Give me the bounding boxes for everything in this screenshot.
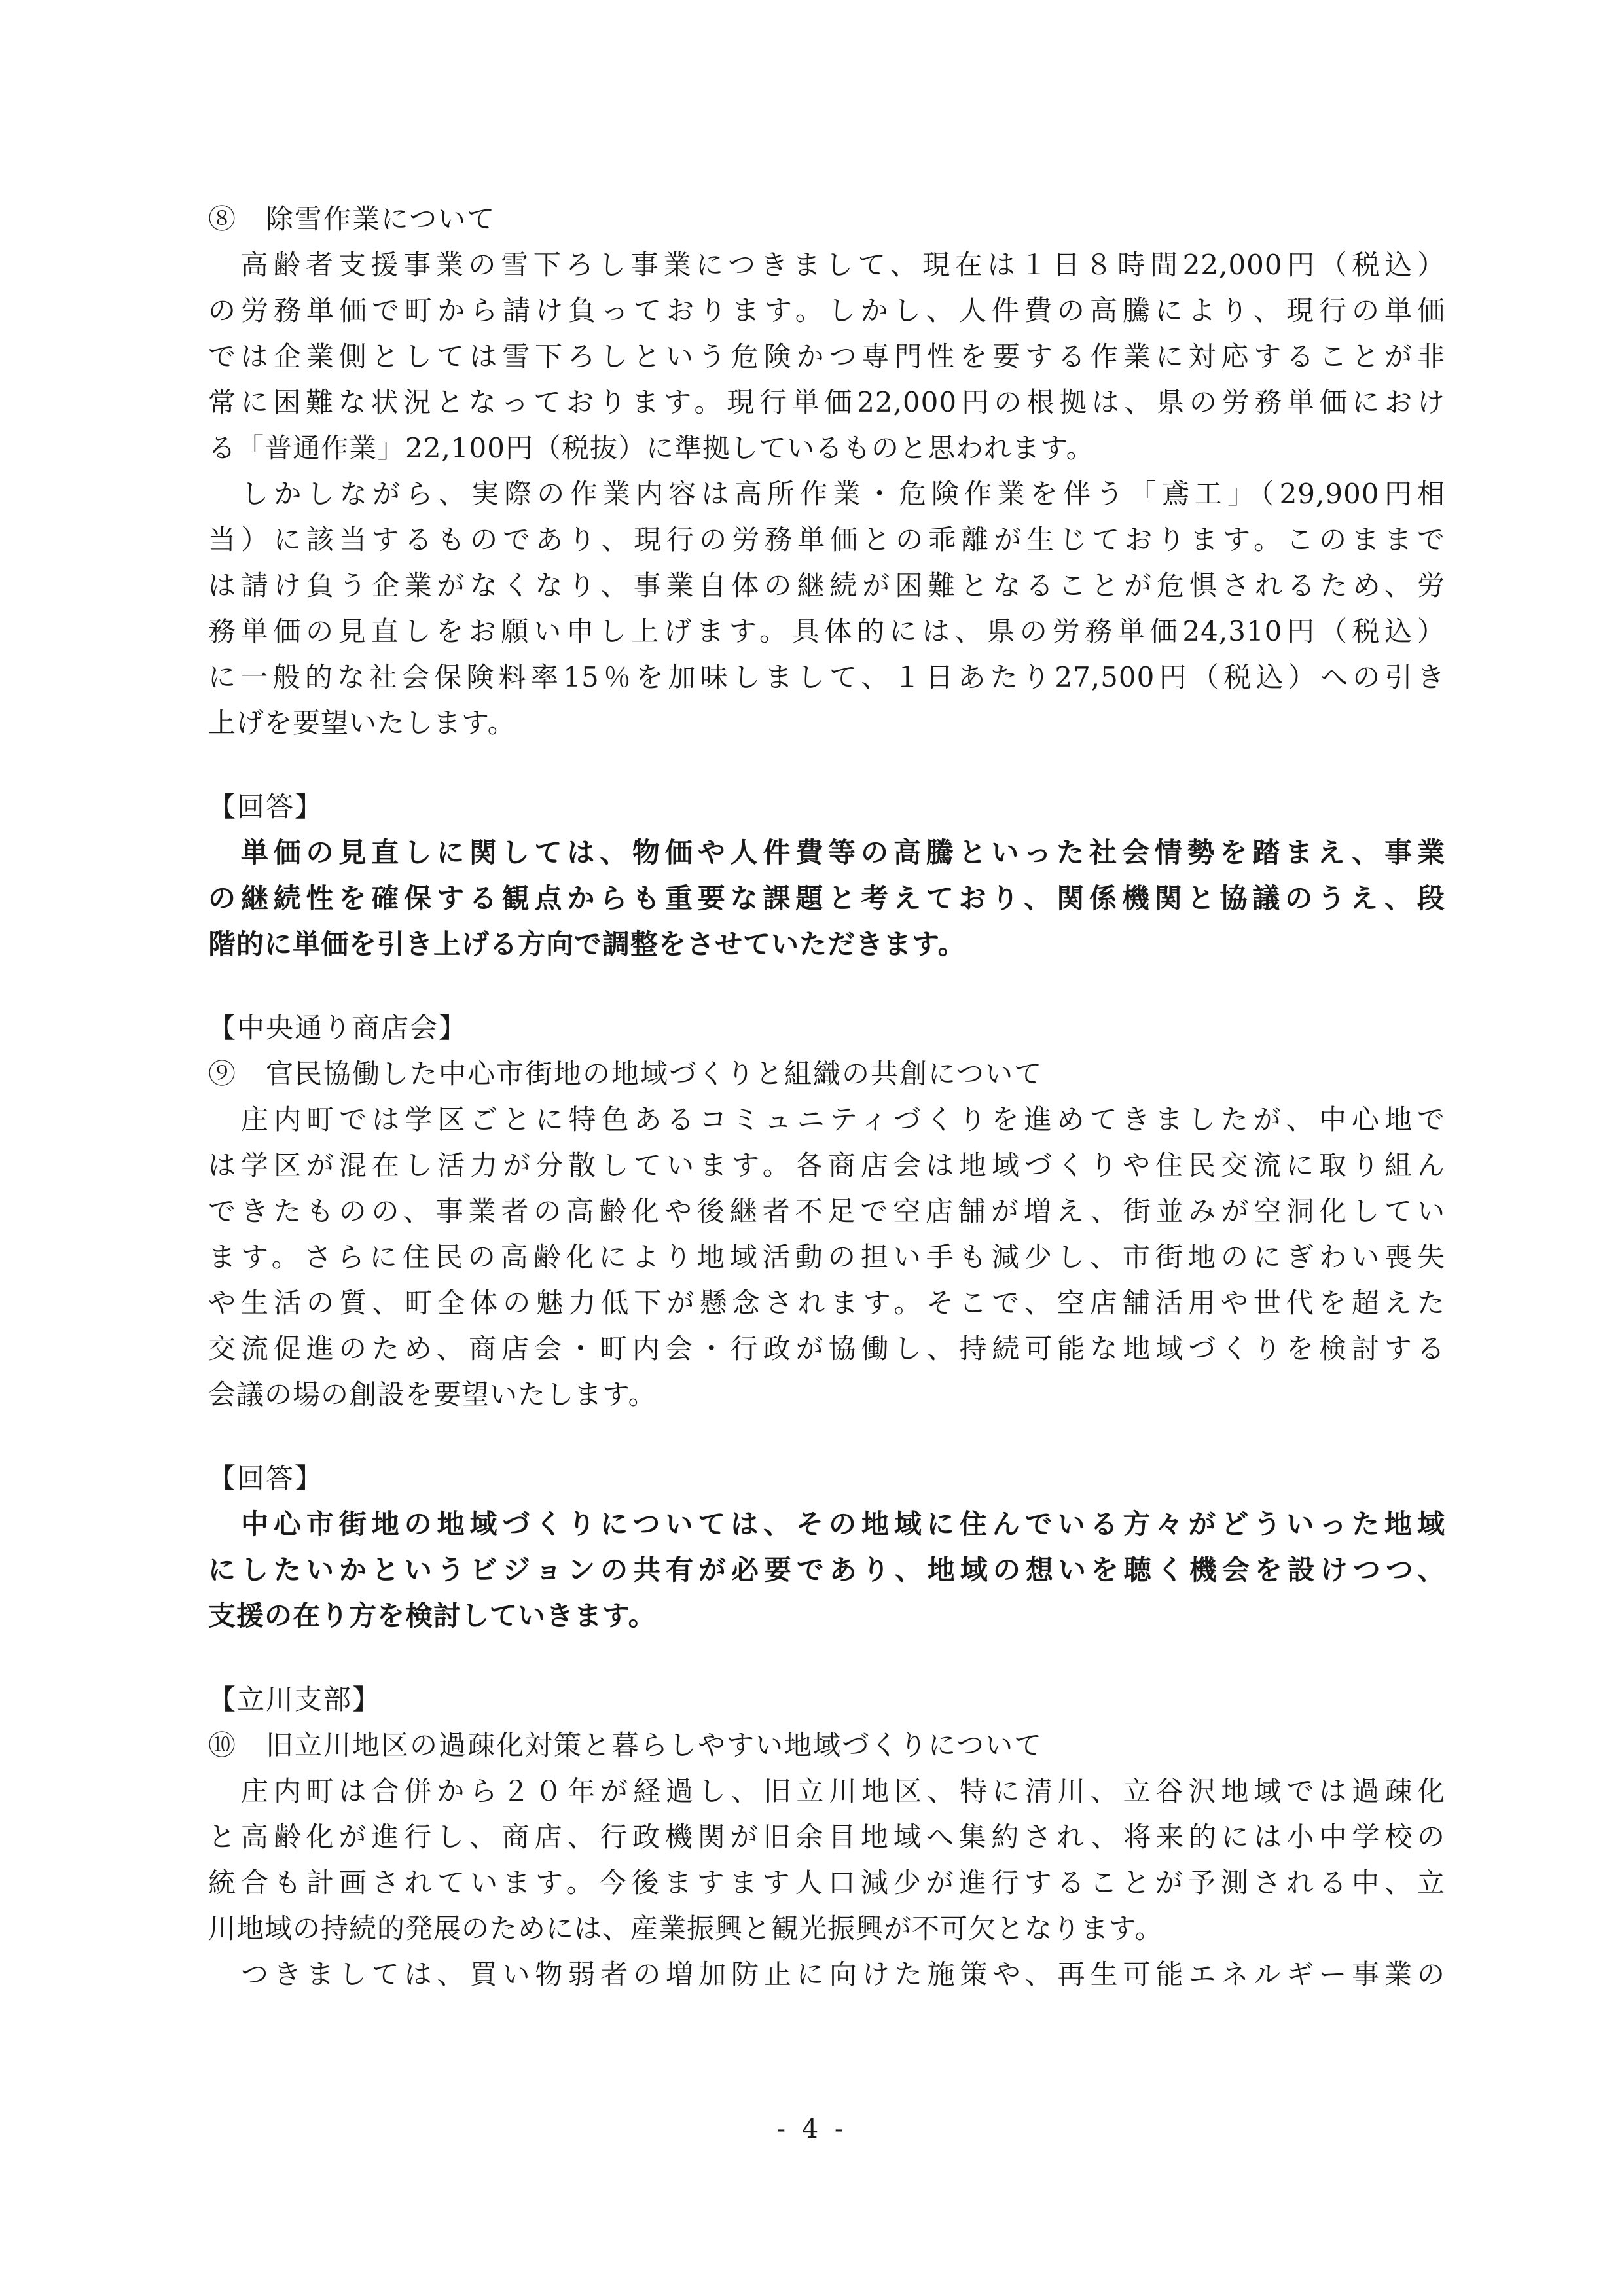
answer-line: の継続性を確保する観点からも重要な課題と考えており、関係機関と協議のうえ、段 (208, 876, 1445, 922)
page-number: - 4 - (0, 2114, 1624, 2144)
body-line: 上げを要望いたします。 (208, 700, 1445, 746)
body-line: つきましては、買い物弱者の増加防止に向けた施策や、再生可能エネルギー事業の (208, 1952, 1445, 1998)
answer-label: 【回答】 (208, 784, 1445, 830)
body-line: 常に困難な状況となっております。現行単価22,000円の根拠は、県の労務単価にお… (208, 380, 1445, 425)
body-line: ます。さらに住民の高齢化により地域活動の担い手も減少し、市街地のにぎわい喪失 (208, 1234, 1445, 1280)
section-8-body: 高齢者支援事業の雪下ろし事業につきまして、現在は１日８時間22,000円（税込）… (208, 242, 1445, 746)
body-line: る「普通作業」22,100円（税抜）に準拠しているものと思われます。 (208, 425, 1445, 471)
body-line: と高齢化が進行し、商店、行政機関が旧余目地域へ集約され、将来的には小中学校の (208, 1814, 1445, 1860)
body-line: では企業側としては雪下ろしという危険かつ専門性を要する作業に対応することが非 (208, 334, 1445, 380)
body-line: 高齢者支援事業の雪下ろし事業につきまして、現在は１日８時間22,000円（税込） (208, 242, 1445, 288)
section-9-answer: 中心市街地の地域づくりについては、その地域に住んでいる方々がどういった地域 にし… (208, 1501, 1445, 1639)
body-line: しかしながら、実際の作業内容は高所作業・危険作業を伴う「鳶工」（29,900円相 (208, 471, 1445, 517)
body-line: できたものの、事業者の高齢化や後継者不足で空店舗が増え、街並みが空洞化してい (208, 1189, 1445, 1234)
body-line: の労務単価で町から請け負っております。しかし、人件費の高騰により、現行の単価 (208, 288, 1445, 334)
body-line: は請け負う企業がなくなり、事業自体の継続が困難となることが危惧されるため、労 (208, 563, 1445, 609)
body-line: 庄内町では学区ごとに特色あるコミュニティづくりを進めてきましたが、中心地で (208, 1097, 1445, 1143)
answer-line: 単価の見直しに関しては、物価や人件費等の高騰といった社会情勢を踏まえ、事業 (208, 830, 1445, 876)
document-page: ⑧ 除雪作業について 高齢者支援事業の雪下ろし事業につきまして、現在は１日８時間… (208, 196, 1445, 1998)
answer-line: 支援の在り方を検討していきます。 (208, 1593, 1445, 1639)
answer-label: 【回答】 (208, 1456, 1445, 1501)
section-8-heading: ⑧ 除雪作業について (208, 196, 1445, 242)
body-line: 交流促進のため、商店会・町内会・行政が協働し、持続可能な地域づくりを検討する (208, 1326, 1445, 1372)
answer-line: にしたいかというビジョンの共有が必要であり、地域の想いを聴く機会を設けつつ、 (208, 1547, 1445, 1593)
body-line: 統合も計画されています。今後ますます人口減少が進行することが予測される中、立 (208, 1860, 1445, 1906)
section-8-answer: 単価の見直しに関しては、物価や人件費等の高騰といった社会情勢を踏まえ、事業 の継… (208, 830, 1445, 967)
section-10-body: 庄内町は合併から２０年が経過し、旧立川地区、特に清川、立谷沢地域では過疎化 と高… (208, 1768, 1445, 1998)
body-line: 会議の場の創設を要望いたします。 (208, 1372, 1445, 1418)
body-line: に一般的な社会保険料率15％を加味しまして、１日あたり27,500円（税込）への… (208, 655, 1445, 700)
section-10-heading: ⑩ 旧立川地区の過疎化対策と暮らしやすい地域づくりについて (208, 1723, 1445, 1768)
body-line: は学区が混在し活力が分散しています。各商店会は地域づくりや住民交流に取り組ん (208, 1143, 1445, 1189)
group-label-tachikawa: 【立川支部】 (208, 1677, 1445, 1723)
section-9-heading: ⑨ 官民協働した中心市街地の地域づくりと組織の共創について (208, 1051, 1445, 1097)
answer-line: 階的に単価を引き上げる方向で調整をさせていただきます。 (208, 922, 1445, 967)
body-line: 務単価の見直しをお願い申し上げます。具体的には、県の労務単価24,310円（税込… (208, 609, 1445, 655)
group-label-chuo-dori: 【中央通り商店会】 (208, 1005, 1445, 1051)
body-line: 川地域の持続的発展のためには、産業振興と観光振興が不可欠となります。 (208, 1906, 1445, 1952)
body-line: 当）に該当するものであり、現行の労務単価との乖離が生じております。このままで (208, 517, 1445, 563)
answer-line: 中心市街地の地域づくりについては、その地域に住んでいる方々がどういった地域 (208, 1501, 1445, 1547)
body-line: 庄内町は合併から２０年が経過し、旧立川地区、特に清川、立谷沢地域では過疎化 (208, 1768, 1445, 1814)
body-line: や生活の質、町全体の魅力低下が懸念されます。そこで、空店舗活用や世代を超えた (208, 1280, 1445, 1326)
section-9-body: 庄内町では学区ごとに特色あるコミュニティづくりを進めてきましたが、中心地で は学… (208, 1097, 1445, 1418)
